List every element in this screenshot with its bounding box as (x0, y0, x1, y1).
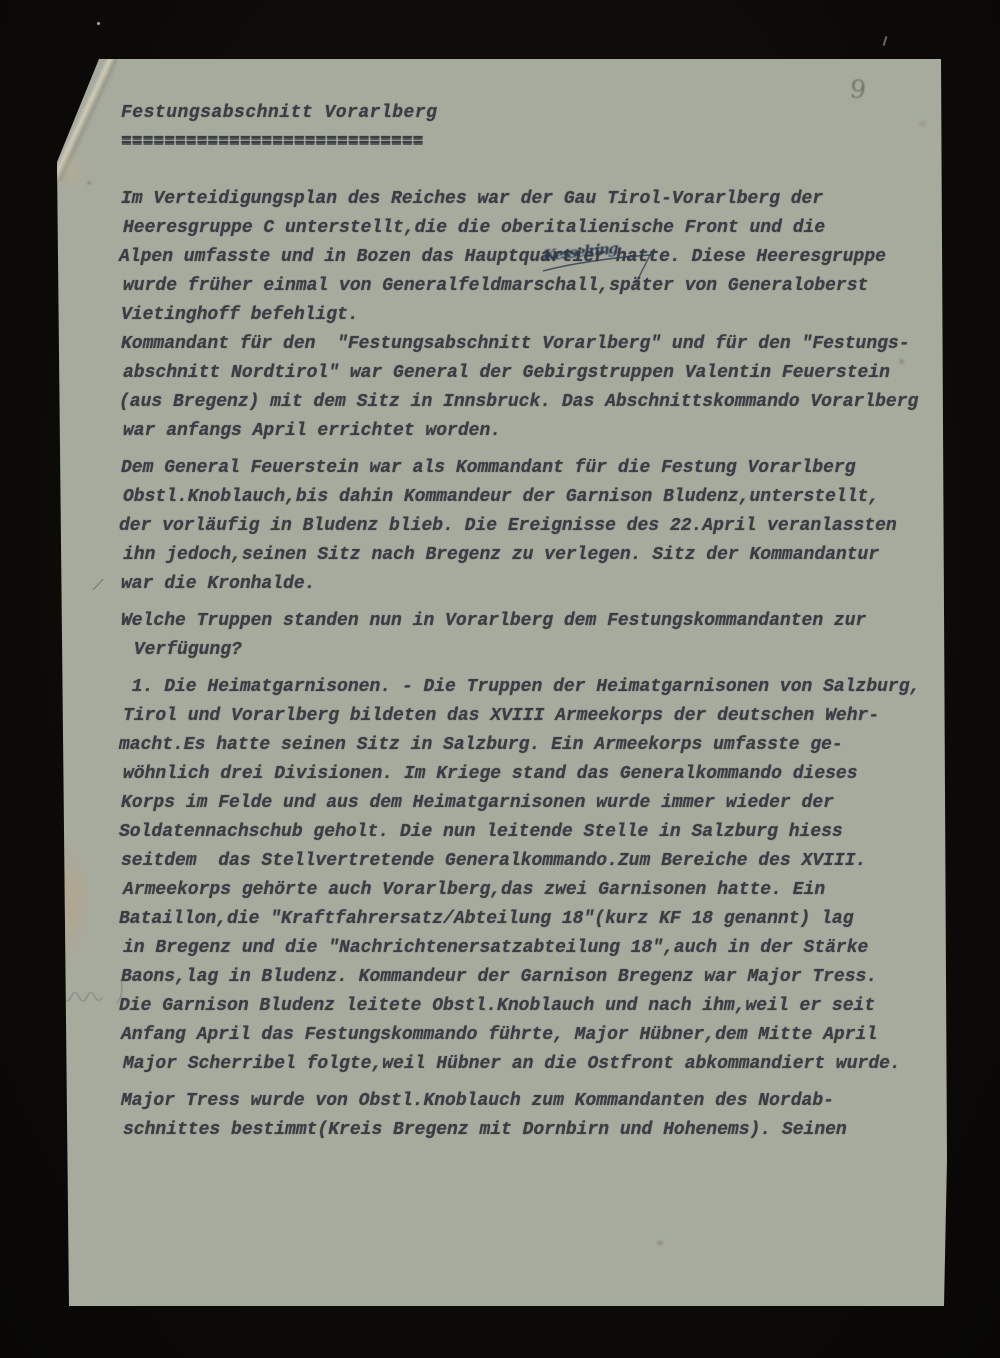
typewritten-line: seitdem das Stellvertretende Generalkomm… (121, 847, 921, 876)
paragraph: Dem General Feuerstein war als Kommandan… (121, 454, 921, 599)
typewritten-line: 1. Die Heimatgarnisonen. - Die Truppen d… (121, 673, 921, 702)
typewritten-line: ihn jedoch,seinen Sitz nach Bregenz zu v… (123, 541, 923, 570)
scan-background: 9 Festungsabschnitt Vorarlberg =========… (0, 0, 1000, 1358)
typewritten-line: Im Verteidigungsplan des Reiches war der… (121, 185, 921, 214)
corner-stain (59, 151, 85, 191)
typewritten-line: Die Garnison Bludenz leitete Obstl.Knobl… (119, 992, 919, 1021)
typewritten-line: Armeekorps gehörte auch Vorarlberg,das z… (123, 876, 923, 905)
typewritten-line: Major Scherribel folgte,weil Hübner an d… (123, 1050, 923, 1079)
paragraph: Im Verteidigungsplan des Reiches war der… (121, 185, 921, 330)
typewritten-line: Anfang April das Festungskommando führte… (121, 1021, 921, 1050)
typewritten-line: Bataillon,die "Kraftfahrersatz/Abteilung… (119, 905, 919, 934)
typewritten-line: Tirol und Vorarlberg bildeten das XVIII … (123, 702, 923, 731)
corner-fold (53, 55, 117, 181)
typewritten-line: wöhnlich drei Divisionen. Im Kriege stan… (123, 760, 923, 789)
margin-pencil-squiggle (51, 977, 137, 1011)
typewritten-line: schnittes bestimmt(Kreis Bregenz mit Dor… (123, 1116, 923, 1145)
typewritten-line: abschnitt Nordtirol" war General der Geb… (123, 359, 923, 388)
typewritten-line: war anfangs April errichtet worden. (123, 417, 923, 446)
typewritten-line: wurde früher einmal von Generalfeldmarsc… (123, 272, 923, 301)
typewritten-line: Vietinghoff befehligt. (121, 301, 921, 330)
typewritten-line: Kommandant für den "Festungsabschnitt Vo… (121, 330, 921, 359)
typewritten-line: Heeresgruppe C unterstellt,die die oberi… (123, 214, 923, 243)
edge-stain (47, 837, 91, 965)
typewritten-line: (aus Bregenz) mit dem Sitz in Innsbruck.… (119, 388, 919, 417)
foxing-speck (657, 1241, 663, 1245)
typewritten-line: Welche Truppen standen nun in Vorarlberg… (121, 607, 921, 636)
typewritten-line: in Bregenz und die "Nachrichtenersatzabt… (123, 934, 923, 963)
typewritten-text-block: Festungsabschnitt Vorarlberg ===========… (121, 99, 921, 1145)
typewritten-line: Major Tress wurde von Obstl.Knoblauch zu… (121, 1087, 921, 1116)
typewritten-line: Baons,lag in Bludenz. Kommandeur der Gar… (121, 963, 921, 992)
foxing-speck (87, 181, 91, 185)
typewritten-line: Korps im Felde und aus dem Heimatgarniso… (121, 789, 921, 818)
typewritten-line: Dem General Feuerstein war als Kommandan… (121, 454, 921, 483)
document-title: Festungsabschnitt Vorarlberg (121, 99, 921, 128)
typewritten-line: Obstl.Knoblauch,bis dahin Kommandeur der… (123, 483, 923, 512)
typewritten-line: Alpen umfasste und in Bozen das Hauptqua… (119, 243, 919, 272)
title-underline: ============================ (121, 128, 921, 157)
typewritten-line: Verfügung? (123, 636, 923, 665)
typewritten-line: macht.Es hatte seinen Sitz in Salzburg. … (119, 731, 919, 760)
document-page: 9 Festungsabschnitt Vorarlberg =========… (57, 59, 947, 1306)
typewritten-line: der vorläufig in Bludenz blieb. Die Erei… (119, 512, 919, 541)
typewritten-line: war die Kronhalde. (121, 570, 921, 599)
typewritten-line: Soldatennachschub geholt. Die nun leiten… (119, 818, 919, 847)
dust-speck (97, 22, 100, 25)
paragraph: Kommandant für den "Festungsabschnitt Vo… (121, 330, 921, 446)
paragraph: 1. Die Heimatgarnisonen. - Die Truppen d… (121, 673, 921, 1079)
paragraph: Welche Truppen standen nun in Vorarlberg… (121, 607, 921, 665)
margin-slash-mark: / (92, 577, 103, 596)
scratch-mark (883, 36, 888, 46)
paragraph: Major Tress wurde von Obstl.Knoblauch zu… (121, 1087, 921, 1145)
